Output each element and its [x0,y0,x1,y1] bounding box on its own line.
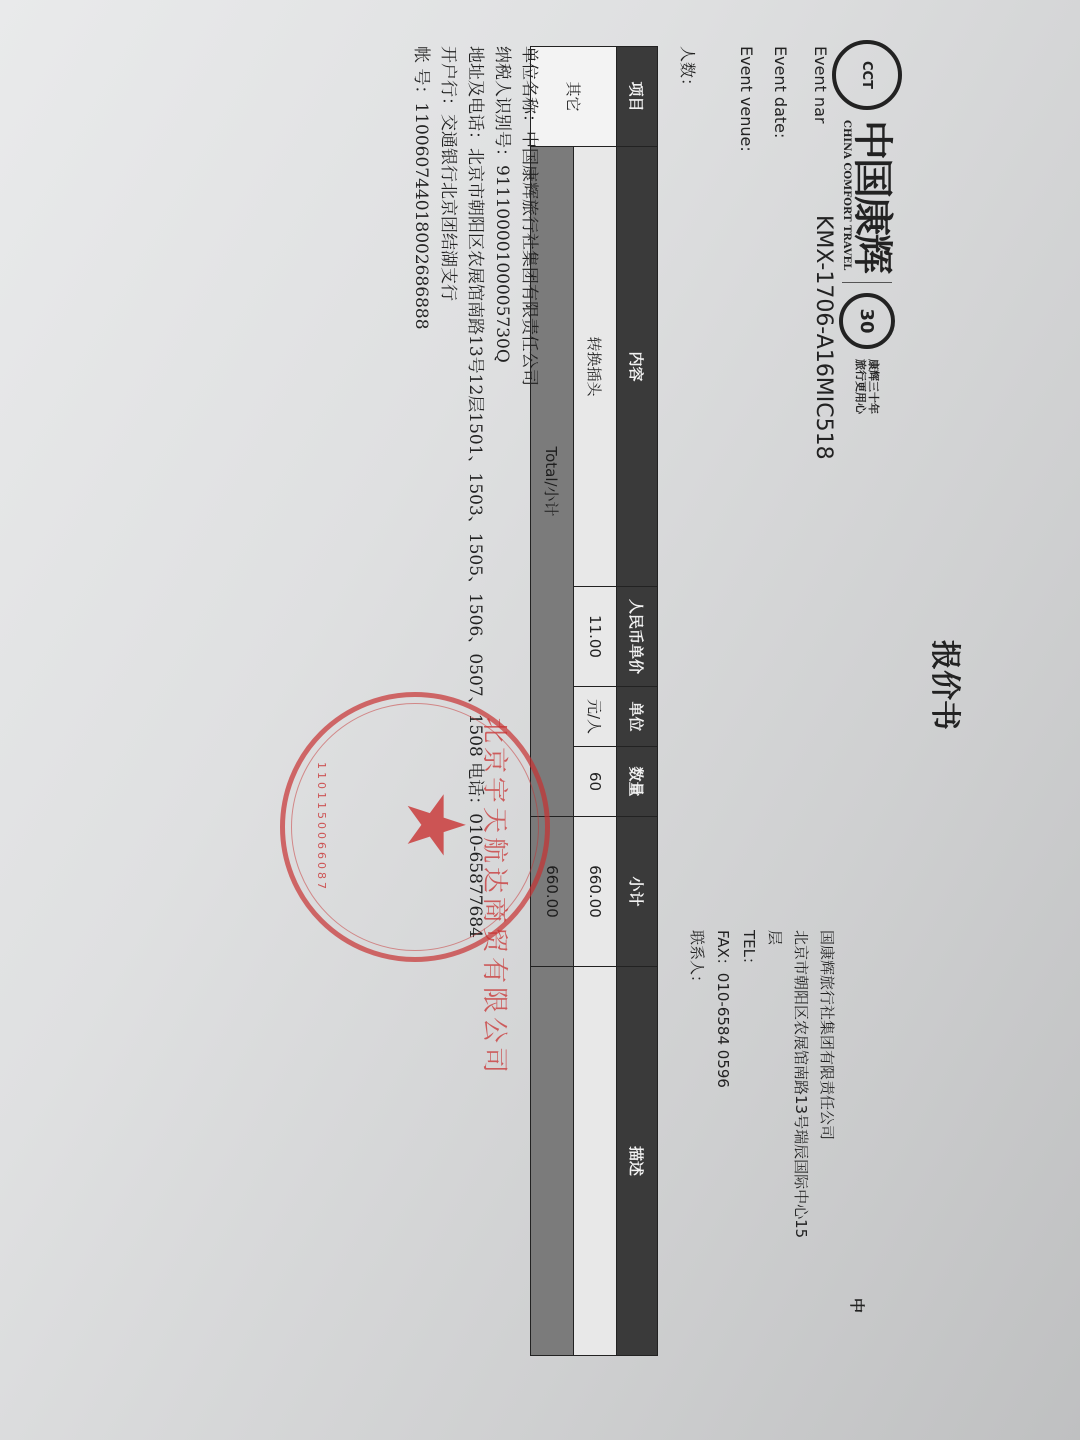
cell-unit-price: 11.00 [574,587,617,687]
cell-category: 其它 [531,47,617,147]
anniversary-badge-icon: 30 [839,293,895,349]
seal-number: 1101150066087 [315,737,328,917]
brand-name-cn: 中国康辉 [853,120,893,272]
cell-content: 转换插头 [574,147,617,587]
header-category: 项目 [617,47,658,147]
contact-company: 国康辉旅行社集团有限责任公司 [814,930,840,1238]
document-title: 报价书 [926,640,970,730]
cell-subtotal: 660.00 [574,817,617,967]
anniversary-text: 康辉三十年 旅行更用心 [854,359,880,414]
cell-unit: 元/人 [574,687,617,747]
total-description [531,967,574,1356]
logo-divider [842,282,892,283]
contact-marker: 中 [847,1298,868,1313]
header-content: 内容 [617,147,658,587]
quotation-table: 项目 内容 人民币单价 单位 数量 小计 描述 其它 转换插头 11.00 元/… [530,46,658,1356]
brand-name-en: CHINA COMFORT TRAVEL [842,120,853,272]
event-name-label: Event nar [811,46,830,123]
contact-fax: FAX：010-6584 0596 [710,930,736,1238]
cell-description [574,967,617,1356]
company-logo: CCT 中国康辉 CHINA COMFORT TRAVEL 30 康辉三十年 旅… [832,40,902,414]
contact-block: 国康辉旅行社集团有限责任公司 北京市朝阳区农展馆南路13号瑞辰国际中心15 层 … [684,930,840,1238]
contact-address-line1: 北京市朝阳区农展馆南路13号瑞辰国际中心15 [788,930,814,1238]
header-description: 描述 [617,967,658,1356]
cell-quantity: 60 [574,747,617,817]
contact-address-line2: 层 [762,930,788,1238]
cct-logo-icon: CCT [832,40,902,110]
star-icon: ★ [395,789,475,861]
event-code: KMX-1706-A16MIC518 [811,215,836,460]
table-row: 其它 转换插头 11.00 元/人 60 660.00 [574,47,617,1356]
header-quantity: 数量 [617,747,658,817]
headcount-label: 人数： [677,46,700,94]
event-date-label: Event date: [771,46,790,138]
quotation-document: CCT 中国康辉 CHINA COMFORT TRAVEL 30 康辉三十年 旅… [0,0,1080,1440]
company-seal: 北京宇天航达商贸有限公司 ★ 1101150066087 [280,692,550,962]
table-header-row: 项目 内容 人民币单价 单位 数量 小计 描述 [617,47,658,1356]
header-unit: 单位 [617,687,658,747]
header-subtotal: 小计 [617,817,658,967]
event-venue-label: Event venue: [737,46,756,152]
contact-tel: TEL： [736,930,762,1238]
header-unit-price: 人民币单价 [617,587,658,687]
seal-text: 北京宇天航达商贸有限公司 [478,717,515,937]
contact-person: 联系人： [684,930,710,1238]
